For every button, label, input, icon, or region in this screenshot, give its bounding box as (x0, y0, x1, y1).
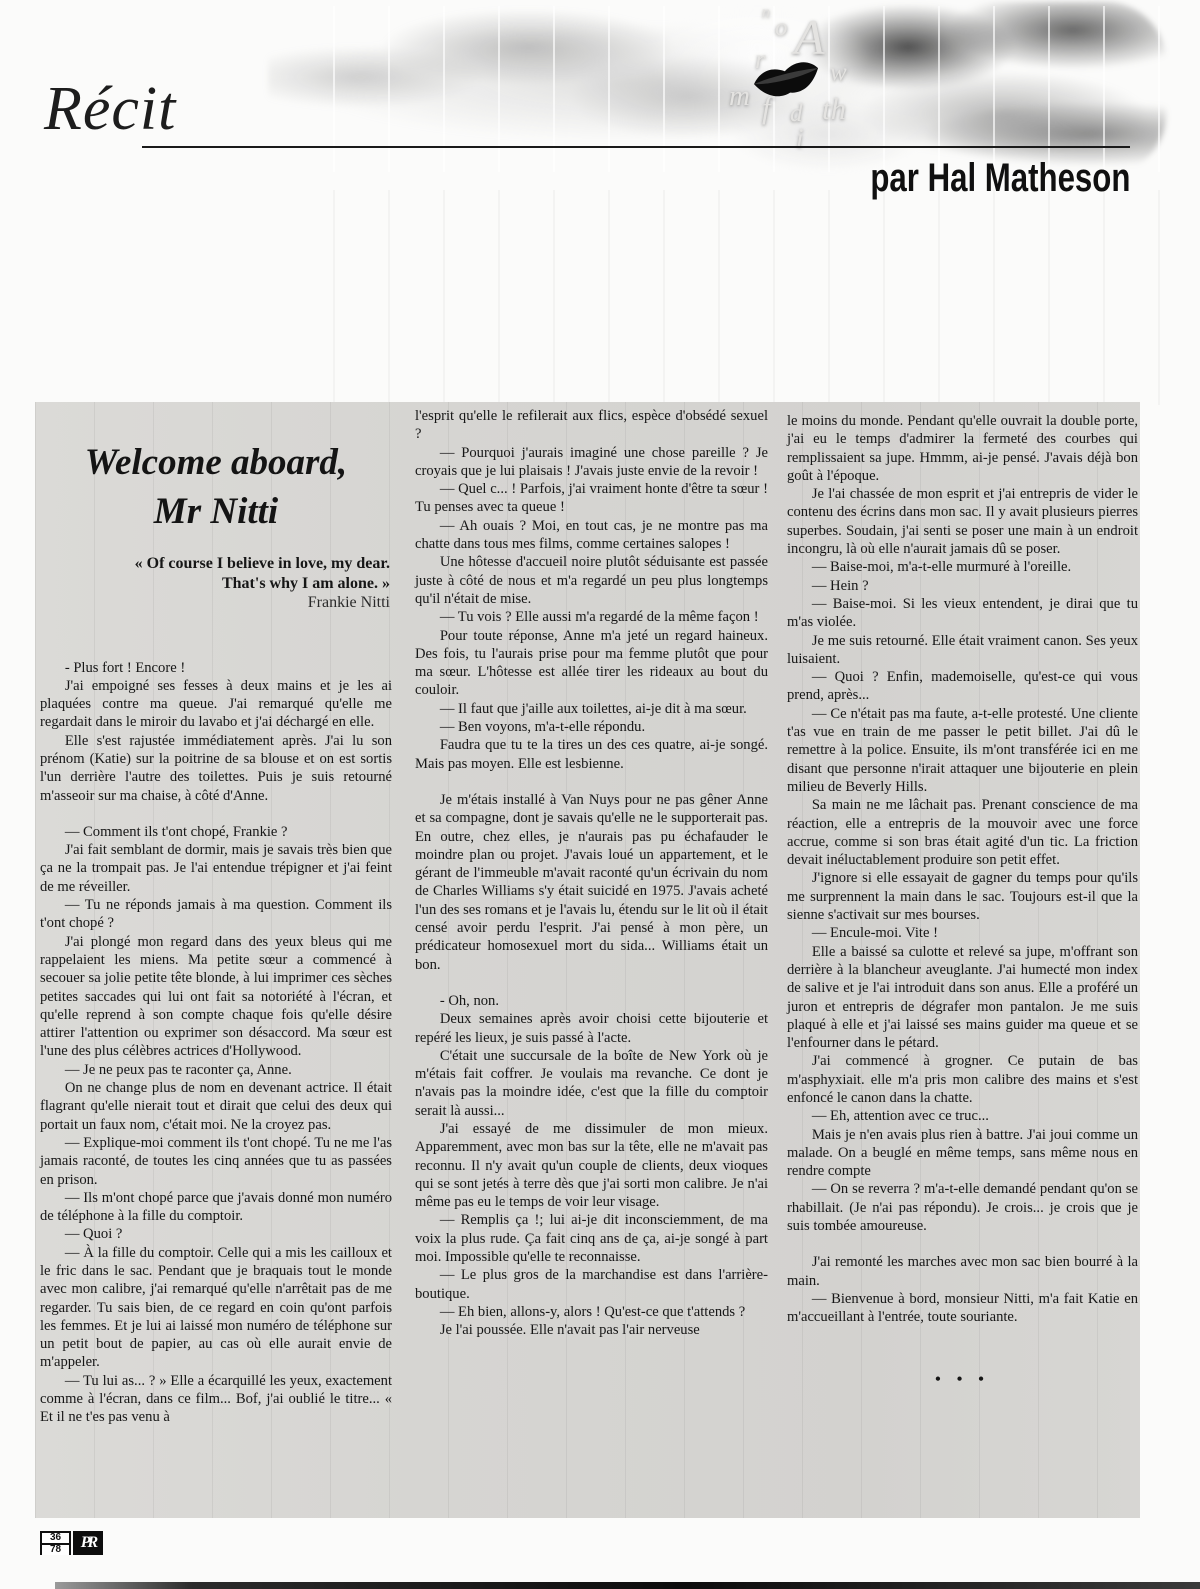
paragraph: — Baise-moi. Si les vieux entendent, je … (787, 595, 1138, 632)
paragraph: - Oh, non. (415, 992, 768, 1010)
paragraph: — Quoi ? Enfin, mademoiselle, qu'est-ce … (787, 668, 1138, 705)
page-number-badge: 36 78 PR (40, 1531, 103, 1555)
article-title-line2: Mr Nitti (40, 487, 392, 536)
column-middle: l'esprit qu'elle le refilerait aux flics… (415, 407, 768, 1340)
paragraph: — Tu ne réponds jamais à ma question. Co… (40, 896, 392, 933)
paragraph: Elle a baissé sa culotte et relevé sa ju… (787, 943, 1138, 1053)
paragraph: J'ignore si elle essayait de gagner du t… (787, 869, 1138, 924)
paragraph: J'ai empoigné ses fesses à deux mains et… (40, 677, 392, 732)
paragraph: — Eh, attention avec ce truc... (787, 1107, 1138, 1125)
paragraph: Je m'étais installé à Van Nuys pour ne p… (415, 791, 768, 974)
paragraph: — Eh bien, allons-y, alors ! Qu'est-ce q… (415, 1303, 768, 1321)
paragraph: Pour toute réponse, Anne m'a jeté un reg… (415, 627, 768, 700)
paragraph: l'esprit qu'elle le refilerait aux flics… (415, 407, 768, 444)
paragraph: Faudra que tu te la tires un des ces qua… (415, 736, 768, 773)
paragraph: le moins du monde. Pendant qu'elle ouvra… (787, 412, 1138, 485)
paragraph: — Bienvenue à bord, monsieur Nitti, m'a … (787, 1290, 1138, 1327)
smoke-cloud-art (268, 2, 1166, 174)
epigraph-attribution: Frankie Nitti (40, 593, 392, 613)
paragraph: — À la fille du comptoir. Celle qui a mi… (40, 1244, 392, 1372)
header-rule (142, 146, 1130, 148)
article-title: Welcome aboard, Mr Nitti (40, 438, 392, 536)
paragraph: • • • (787, 1371, 1138, 1389)
article-title-line1: Welcome aboard, (40, 438, 392, 487)
paragraph: On ne change plus de nom en devenant act… (40, 1079, 392, 1134)
paragraph: — Quoi ? (40, 1225, 392, 1243)
paragraph: — Encule-moi. Vite ! (787, 924, 1138, 942)
floating-letter: o (775, 15, 788, 40)
paragraph: — Baise-moi, m'a-t-elle murmuré à l'orei… (787, 558, 1138, 576)
column-left: Welcome aboard, Mr Nitti « Of course I b… (40, 424, 392, 1427)
paragraph: Elle s'est rajustée immédiatement après.… (40, 732, 392, 805)
floating-letter: w (830, 60, 847, 85)
paragraph: Deux semaines après avoir choisi cette b… (415, 1010, 768, 1047)
page-bottom-edge (55, 1582, 1200, 1589)
epigraph-line2: That's why I am alone. » (40, 574, 390, 594)
paragraph: — Ils m'ont chopé parce que j'avais donn… (40, 1189, 392, 1226)
paragraph: - Plus fort ! Encore ! (40, 659, 392, 677)
page-number-box: 36 78 (40, 1531, 71, 1555)
paragraph: Je l'ai poussée. Elle n'avait pas l'air … (415, 1321, 768, 1339)
paragraph: — Explique-moi comment ils t'ont chopé. … (40, 1134, 392, 1189)
paragraph: Mais je n'en avais plus rien à battre. J… (787, 1126, 1138, 1181)
column-right: le moins du monde. Pendant qu'elle ouvra… (787, 412, 1138, 1389)
paragraph: — Tu vois ? Elle aussi m'a regardé de la… (415, 608, 768, 626)
paragraph: C'était une succursale de la boîte de Ne… (415, 1047, 768, 1120)
floating-letter: n (762, 5, 770, 21)
epigraph-quote: « Of course I believe in love, my dear. … (40, 554, 392, 593)
paragraph: — Remplis ça !; lui ai-je dit inconsciem… (415, 1211, 768, 1266)
epigraph-line1: « Of course I believe in love, my dear. (40, 554, 390, 574)
paragraph: J'ai fait semblant de dormir, mais je sa… (40, 841, 392, 896)
paragraph: J'ai remonté les marches avec mon sac bi… (787, 1253, 1138, 1290)
floating-letter: th (822, 93, 846, 124)
section-label: Récit (44, 74, 176, 145)
paragraph: — Le plus gros de la marchandise est dan… (415, 1266, 768, 1303)
paragraph: — On se reverra ? m'a-t-elle demandé pen… (787, 1180, 1138, 1235)
paragraph: — Pourquoi j'aurais imaginé une chose pa… (415, 444, 768, 481)
publisher-logo: PR (73, 1531, 103, 1555)
paragraph: — Comment ils t'ont chopé, Frankie ? (40, 823, 392, 841)
paragraph: Je me suis retourné. Elle était vraiment… (787, 632, 1138, 669)
magazine-page: n o A r w m f d th i Récit par Hal Mathe… (0, 0, 1200, 1589)
author-byline: par Hal Matheson (870, 156, 1130, 201)
paragraph: Je l'ai chassée de mon esprit et j'ai en… (787, 485, 1138, 558)
paragraph: Sa main ne me lâchait pas. Prenant consc… (787, 796, 1138, 869)
paragraph: — Hein ? (787, 577, 1138, 595)
paragraph: — Ah ouais ? Moi, en tout cas, je ne mon… (415, 517, 768, 554)
paragraph: — Il faut que j'aille aux toilettes, ai-… (415, 700, 768, 718)
paragraph: J'ai plongé mon regard dans des yeux ble… (40, 933, 392, 1061)
floating-letter: m (729, 82, 750, 111)
column-left-body: - Plus fort ! Encore !J'ai empoigné ses … (40, 659, 392, 1427)
paragraph: — Tu lui as... ? » Elle a écarquillé les… (40, 1372, 392, 1427)
scan-fold-lines-upper (280, 190, 1160, 405)
page-number-total: 78 (42, 1543, 69, 1555)
paragraph: J'ai commencé à grogner. Ce putain de ba… (787, 1052, 1138, 1107)
paragraph: J'ai essayé de me dissimuler de mon mieu… (415, 1120, 768, 1211)
paragraph: — Je ne peux pas te raconter ça, Anne. (40, 1061, 392, 1079)
paragraph: — Quel c... ! Parfois, j'ai vraiment hon… (415, 480, 768, 517)
paragraph: — Ben voyons, m'a-t-elle répondu. (415, 718, 768, 736)
paragraph: Une hôtesse d'accueil noire plutôt sédui… (415, 553, 768, 608)
paragraph: — Ce n'était pas ma faute, a-t-elle prot… (787, 705, 1138, 796)
page-number-current: 36 (42, 1533, 69, 1543)
